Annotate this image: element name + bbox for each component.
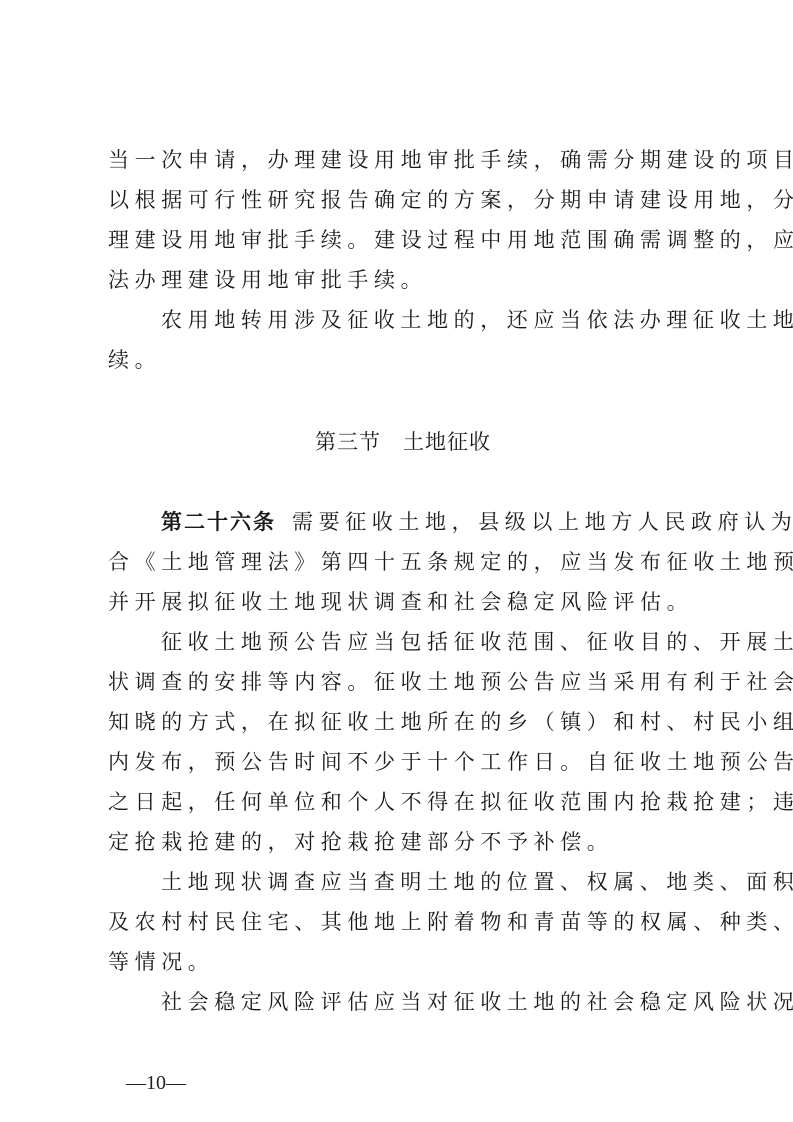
- paragraph-line: 以根据可行性研究报告确定的方案，分期申请建设用地，分期办: [108, 180, 793, 220]
- section-number: 第三节: [315, 430, 381, 454]
- paragraph-line: 社会稳定风险评估应当对征收土地的社会稳定风险状况进: [161, 982, 793, 1022]
- paragraph-line: 当一次申请，办理建设用地审批手续，确需分期建设的项目，可: [108, 140, 793, 180]
- paragraph-line: 法办理建设用地审批手续。: [108, 260, 427, 300]
- paragraph-line: 状调查的安排等内容。征收土地预公告应当采用有利于社会公众: [108, 662, 793, 702]
- paragraph-line: 之日起，任何单位和个人不得在拟征收范围内抢栽抢建；违反规: [108, 782, 793, 822]
- paragraph-line: 并开展拟征收土地现状调查和社会稳定风险评估。: [108, 582, 693, 622]
- paragraph-line: 土地现状调查应当查明土地的位置、权属、地类、面积，以: [161, 862, 793, 902]
- paragraph-line: 合《土地管理法》第四十五条规定的，应当发布征收土地预公告，: [108, 542, 793, 582]
- paragraph-line: 理建设用地审批手续。建设过程中用地范围确需调整的，应当依: [108, 220, 793, 260]
- section-heading: 第三节土地征收: [108, 422, 698, 462]
- page-number: —10—: [126, 1071, 186, 1095]
- article-first-line: 第二十六条需要征收土地，县级以上地方人民政府认为符: [161, 502, 793, 542]
- paragraph-line: 等情况。: [108, 942, 214, 982]
- article-label: 第二十六条: [161, 510, 276, 534]
- paragraph-line: 内发布，预公告时间不少于十个工作日。自征收土地预公告发布: [108, 742, 793, 782]
- paragraph-line: 定抢栽抢建的，对抢栽抢建部分不予补偿。: [108, 822, 613, 862]
- paragraph-line: 知晓的方式，在拟征收土地所在的乡（镇）和村、村民小组范围: [108, 702, 793, 742]
- paragraph-line: 农用地转用涉及征收土地的，还应当依法办理征收土地手: [161, 300, 793, 340]
- article-text: 需要征收土地，县级以上地方人民政府认为符: [292, 510, 793, 534]
- paragraph-line: 续。: [108, 340, 161, 380]
- paragraph-line: 征收土地预公告应当包括征收范围、征收目的、开展土地现: [161, 622, 793, 662]
- paragraph-line: 及农村村民住宅、其他地上附着物和青苗等的权属、种类、数量: [108, 902, 793, 942]
- section-title: 土地征收: [403, 430, 491, 454]
